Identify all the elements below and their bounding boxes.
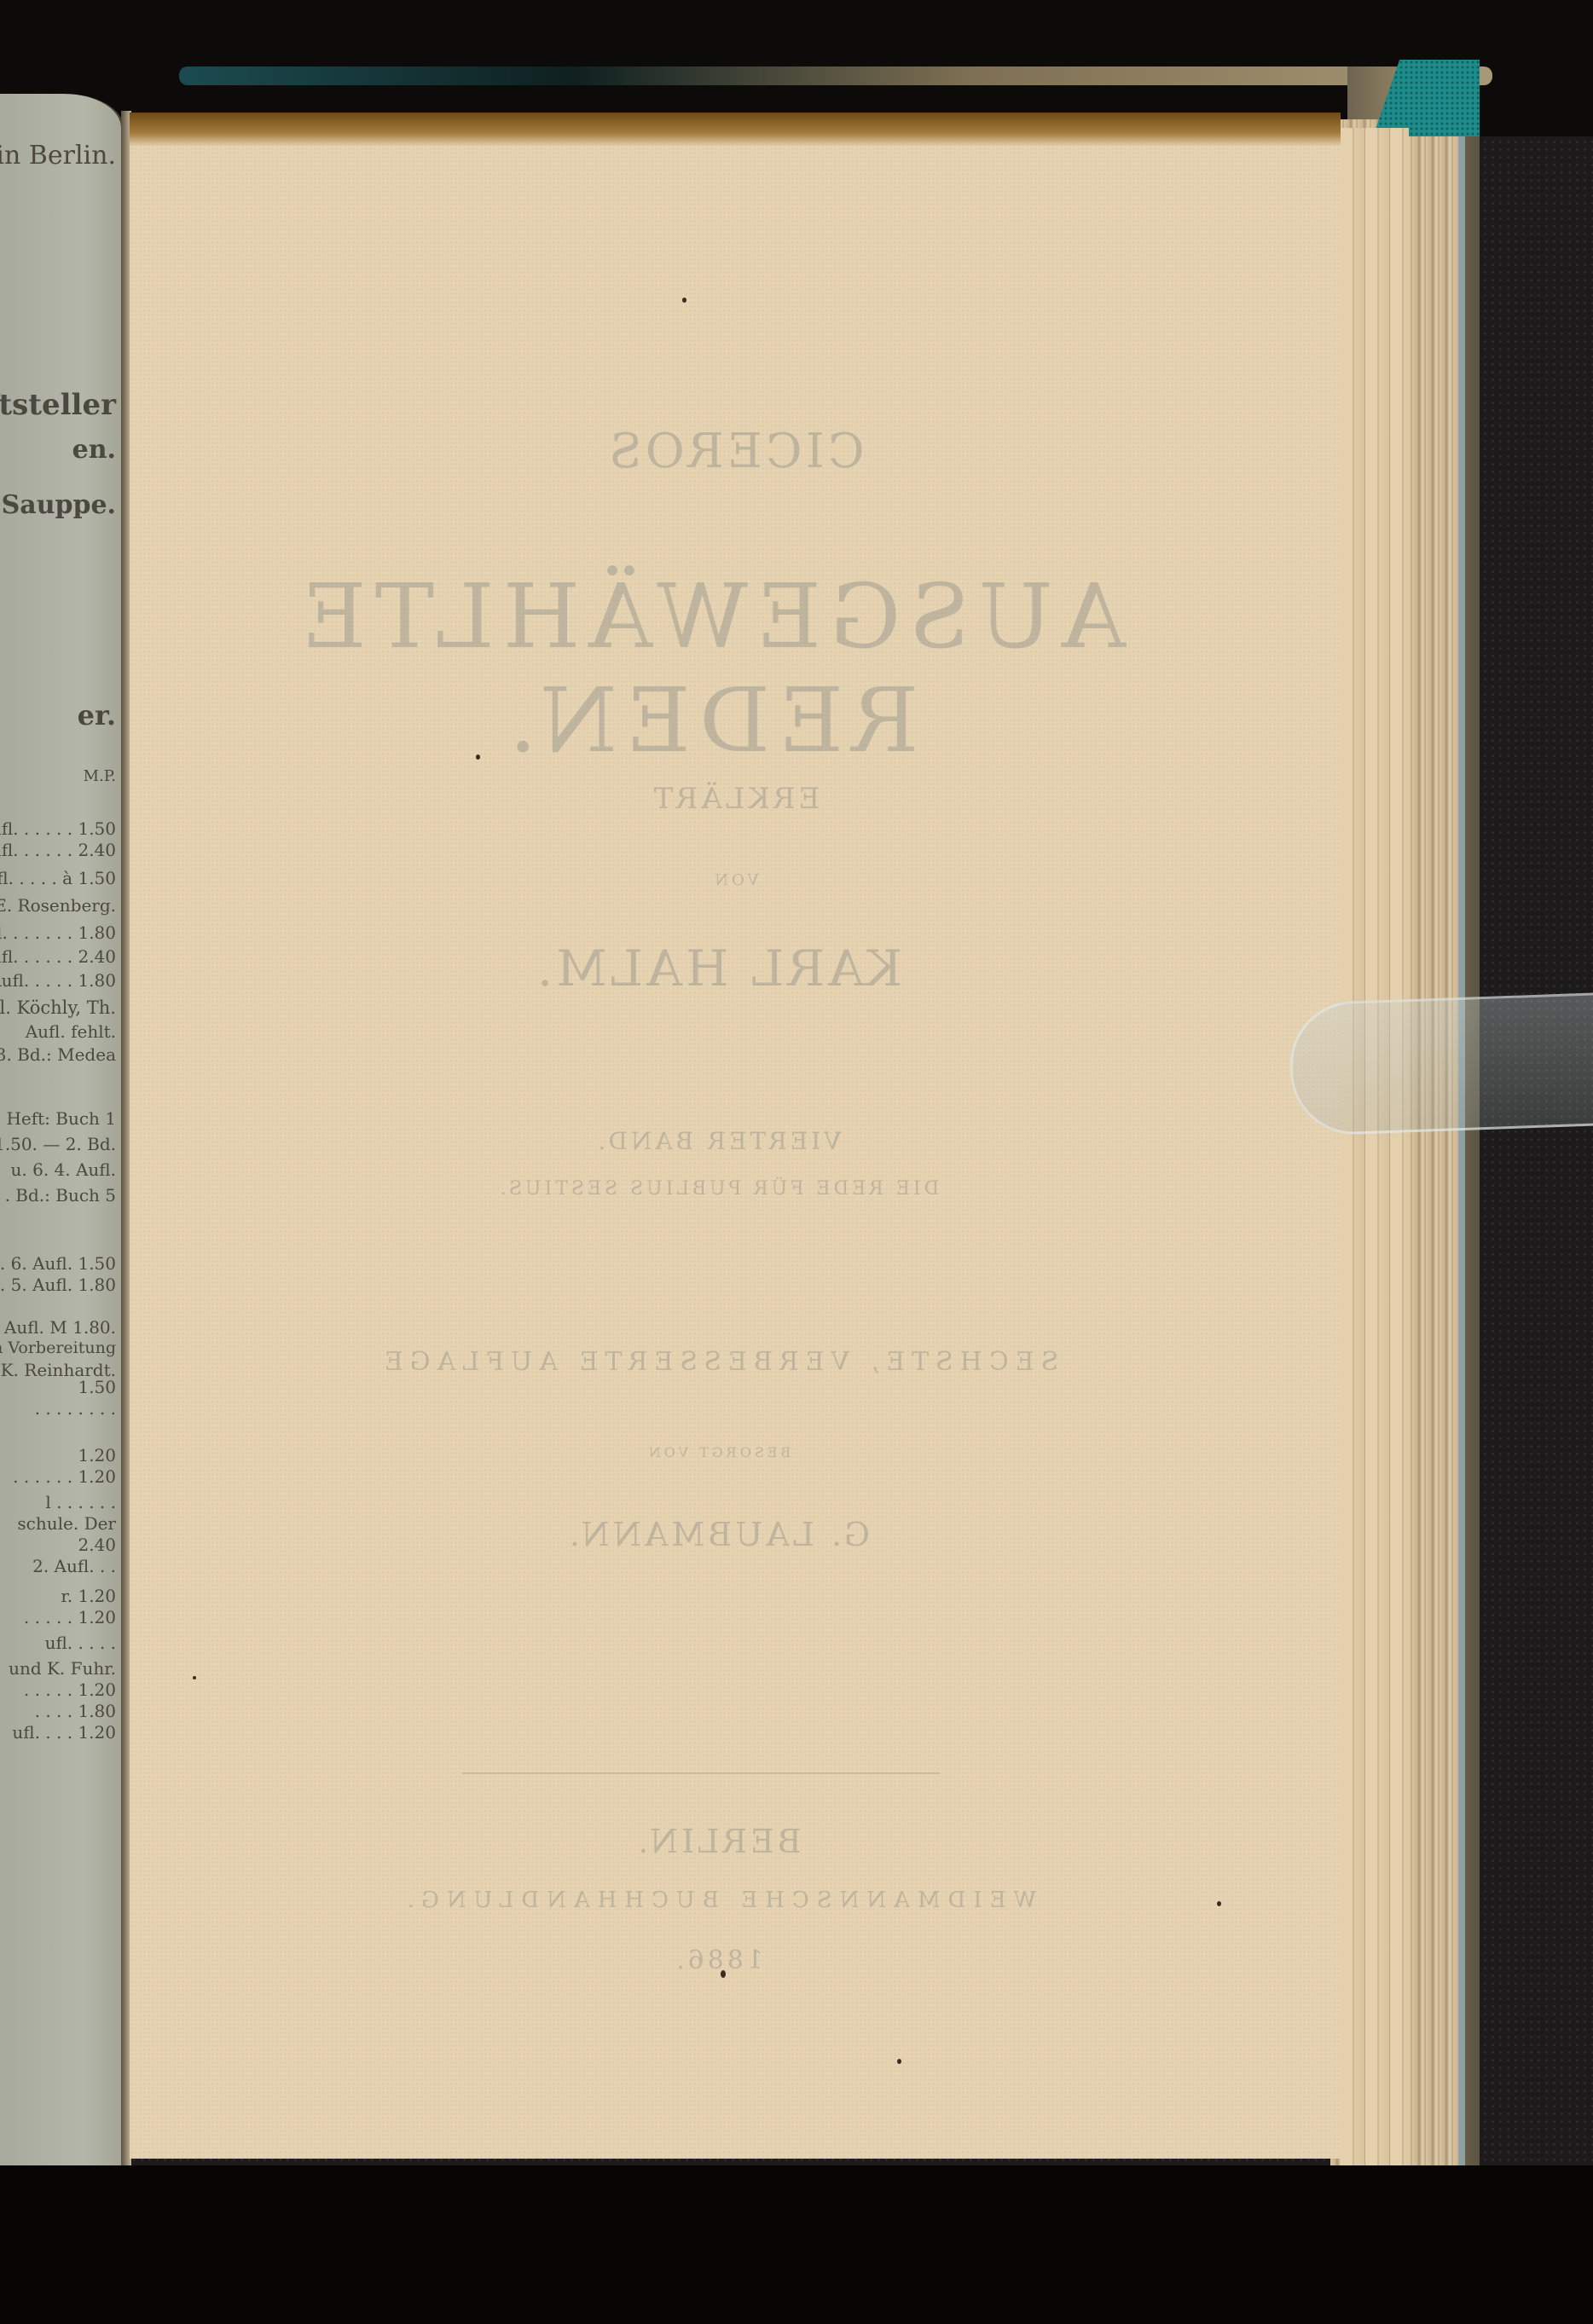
advertisement-line: 3. Bd.: Medea — [0, 1044, 116, 1065]
bleed-volume: VIERTER BAND. — [113, 1127, 1324, 1155]
advertisement-line: und K. Fuhr. — [9, 1658, 116, 1679]
advertisement-line: 1.50. — 2. Bd. — [0, 1134, 116, 1154]
bleed-author: CICEROS — [130, 424, 1341, 479]
bleed-publisher: WEIDMANNSCHE BUCHHANDLUNG. — [113, 1888, 1324, 1913]
bleed-through-text: CICEROS AUSGEWÄHLTE REDEN. ERKLÄRT VON K… — [130, 121, 1341, 2159]
advertisement-line: r. 1.20 — [61, 1586, 116, 1606]
paper-speck — [1217, 1901, 1221, 1906]
advertisement-line: —24. 5. Aufl. 1.80 — [0, 1275, 116, 1295]
advertisement-line: —12. 6. Aufl. 1.50 — [0, 1253, 116, 1274]
advertisement-line: 2. Aufl. . . . . 1.80 — [0, 970, 116, 991]
advertisement-line: 2.40 — [78, 1535, 116, 1555]
advertisement-line: 8. Aufl. M 1.80. — [0, 1317, 116, 1338]
advertisement-line: . . . . . . 1.20 — [13, 1466, 116, 1487]
inner-page-edges — [1341, 128, 1409, 2174]
bleed-rule — [462, 1772, 940, 1774]
advertisement-line: 1.50 — [78, 1377, 116, 1397]
paper-speck — [897, 2059, 901, 2064]
advertisement-line: hriftsteller — [0, 388, 116, 422]
book-top-edge — [179, 66, 1492, 85]
bleed-year: 1886. — [113, 1945, 1324, 1975]
bleed-explained: ERKLÄRT — [130, 782, 1341, 816]
advertisement-line: 1.20 — [78, 1445, 116, 1466]
advertisement-line: ufl. . . . 1.20 — [12, 1722, 116, 1743]
advertisement-line: nd E. Rosenberg. — [0, 895, 116, 916]
advertisement-line: . Bd.: Buch 5 — [5, 1185, 116, 1205]
advertisement-line: ng in Berlin. — [0, 141, 116, 171]
bleed-by: VON — [130, 871, 1341, 889]
advertisement-line: Aufl. In Vorbereitung — [0, 1338, 116, 1357]
advertisement-line: 2. Aufl. . . — [32, 1556, 116, 1576]
paper-speck — [721, 1970, 726, 1978]
bleed-volume-subtitle: DIE REDE FÜR PUBLIUS SESTIUS. — [113, 1178, 1324, 1200]
paper-speck — [193, 1676, 196, 1679]
advertisement-line: Aufl. . . . . . 1.50 — [0, 818, 116, 839]
advertisement-line: u. 6. 4. Aufl. — [11, 1159, 117, 1180]
advertisement-line: . . . . . 1.20 — [24, 1607, 116, 1627]
advertisement-line: . . . . . 1.20 — [24, 1679, 116, 1700]
paper-speck — [682, 298, 686, 303]
bleed-edition: SECHSTE, VERBESSERTE AUFLAGE — [113, 1347, 1324, 1377]
advertisement-line: schule. Der — [17, 1513, 116, 1534]
bottom-background — [0, 2165, 1593, 2324]
advertisement-line: ufl. . . . . à 1.50 — [0, 868, 116, 888]
bleed-editor: KARL HALM. — [113, 939, 1324, 997]
advertisement-line: . . . . . . . . — [35, 1398, 116, 1419]
advertisement-line: . . . . 1.80 — [35, 1701, 116, 1721]
left-advertisement-page: ng in Berlin.hriftstelleren.. Sauppe.er.… — [0, 94, 124, 2208]
bleed-title: AUSGEWÄHLTE REDEN. — [104, 564, 1315, 772]
advertisement-line: Aufl. . . . . . 2.40 — [0, 946, 116, 967]
advertisement-line: Aufl. fehlt. — [26, 1021, 116, 1042]
advertisement-line: fl. . . . . . . 1.80 — [0, 922, 116, 943]
advertisement-line: . Sauppe. — [0, 490, 116, 520]
advertisement-line: Aufl. . . . . . 2.40 — [0, 840, 116, 860]
bleed-revised-by: BESORGT VON — [113, 1444, 1324, 1460]
bleed-city: BERLIN. — [113, 1823, 1324, 1860]
advertisement-line: l. Köchly, Th. — [0, 997, 116, 1018]
plastic-page-holder — [1288, 991, 1593, 1136]
advertisement-line: Heft: Buch 1 — [6, 1108, 116, 1129]
advertisement-line: ufl. . . . . — [45, 1633, 116, 1653]
advertisement-line: l . . . . . . — [45, 1492, 116, 1512]
bleed-reviser: G. LAUBMANN. — [113, 1516, 1324, 1553]
paper-speck — [476, 754, 480, 760]
advertisement-line: en. — [72, 435, 116, 465]
